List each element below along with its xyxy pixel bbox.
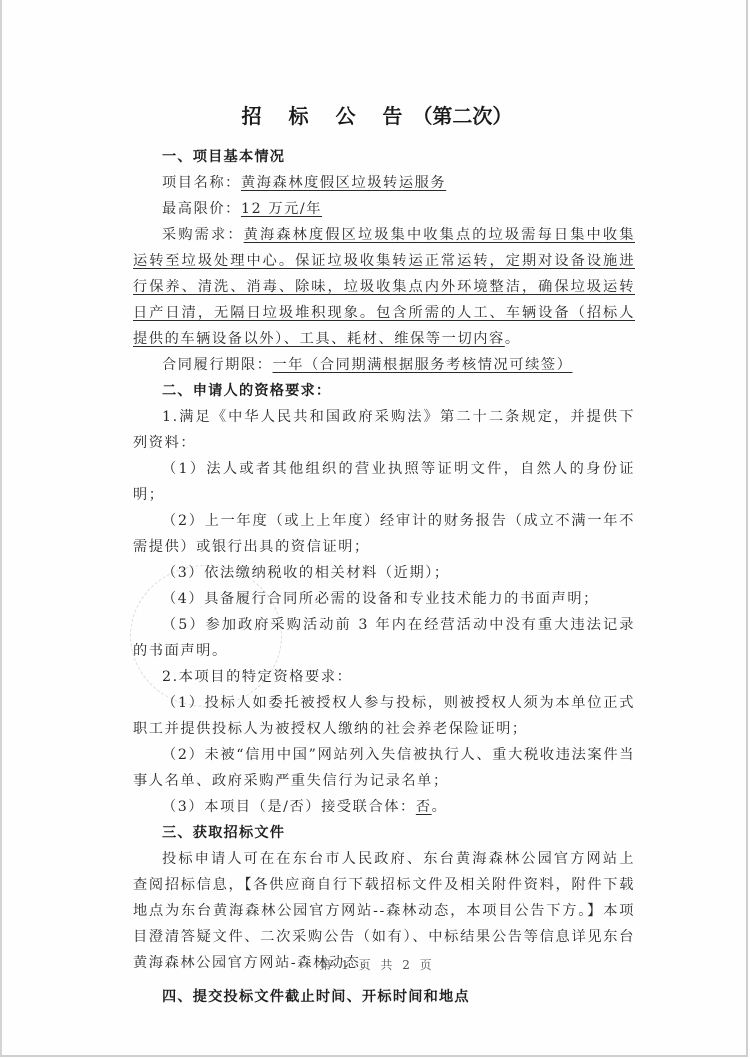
requirement-label: 采购需求： [162, 227, 244, 243]
contract-period-line: 合同履行期限：一年（合同期满根据服务考核情况可续签） [133, 352, 635, 378]
max-price-label: 最高限价： [162, 201, 241, 217]
qualification-sub-4: （4）具备履行合同所必需的设备和专业技术能力的书面声明； [133, 586, 635, 612]
qualification-sub-1: （1）法人或者其他组织的营业执照等证明文件，自然人的身份证明； [133, 456, 635, 508]
title-suffix: （第二次） [412, 104, 512, 128]
project-name-line: 项目名称：黄海森林度假区垃圾转运服务 [133, 170, 635, 196]
specific-req-2: （2）未被“信用中国”网站列入失信被执行人、重大税收违法案件当事人名单、政府采购… [133, 742, 635, 794]
max-price-line: 最高限价：12 万元/年 [133, 196, 635, 222]
title-main: 招 标 公 告 [242, 104, 413, 128]
requirement-paragraph: 采购需求：黄海森林度假区垃圾集中收集点的垃圾需每日集中收集运转至垃圾处理中心。保… [133, 222, 635, 352]
section3-heading: 三、获取招标文件 [133, 820, 635, 846]
consortium-end: 。 [432, 799, 448, 815]
requirement-end: 。 [505, 331, 521, 347]
section1-heading: 一、项目基本情况 [133, 144, 635, 170]
contract-value: 一年（合同期满根据服务考核情况可续签） [273, 357, 573, 373]
qualification-sub-5: （5）参加政府采购活动前 3 年内在经营活动中没有重大违法记录的书面声明。 [133, 612, 635, 664]
page-footer: 第 1 页 共 2 页 [2, 956, 750, 973]
qualification-item-1: 1.满足《中华人民共和国政府采购法》第二十二条规定，并提供下列资料： [133, 404, 635, 456]
contract-label: 合同履行期限： [162, 357, 273, 373]
qualification-sub-2: （2）上一年度（或上上年度）经审计的财务报告（成立不满一年不需提供）或银行出具的… [133, 508, 635, 560]
section4-heading: 四、提交投标文件截止时间、开标时间和地点 [133, 984, 635, 1010]
project-name-value: 黄海森林度假区垃圾转运服务 [241, 175, 446, 191]
document-body: 一、项目基本情况 项目名称：黄海森林度假区垃圾转运服务 最高限价：12 万元/年… [133, 144, 635, 1010]
consortium-label: （3）本项目（是/否）接受联合体： [162, 799, 416, 815]
document-title: 招 标 公 告（第二次） [2, 100, 750, 129]
qualification-sub-3: （3）依法缴纳税收的相关材料（近期）； [133, 560, 635, 586]
requirement-value: 黄海森林度假区垃圾集中收集点的垃圾需每日集中收集运转至垃圾处理中心。保证垃圾收集… [133, 227, 635, 347]
consortium-value: 否 [416, 799, 432, 815]
specific-req-3: （3）本项目（是/否）接受联合体：否。 [133, 794, 635, 820]
section2-heading: 二、申请人的资格要求： [133, 378, 635, 404]
document-page: 招 标 公 告（第二次） 一、项目基本情况 项目名称：黄海森林度假区垃圾转运服务… [0, 0, 748, 1057]
specific-req-1: （1）投标人如委托被授权人参与投标，则被授权人须为本单位正式职工并提供投标人为被… [133, 690, 635, 742]
project-name-label: 项目名称： [162, 175, 241, 191]
max-price-value: 12 万元/年 [241, 201, 322, 217]
qualification-item-2: 2.本项目的特定资格要求： [133, 664, 635, 690]
